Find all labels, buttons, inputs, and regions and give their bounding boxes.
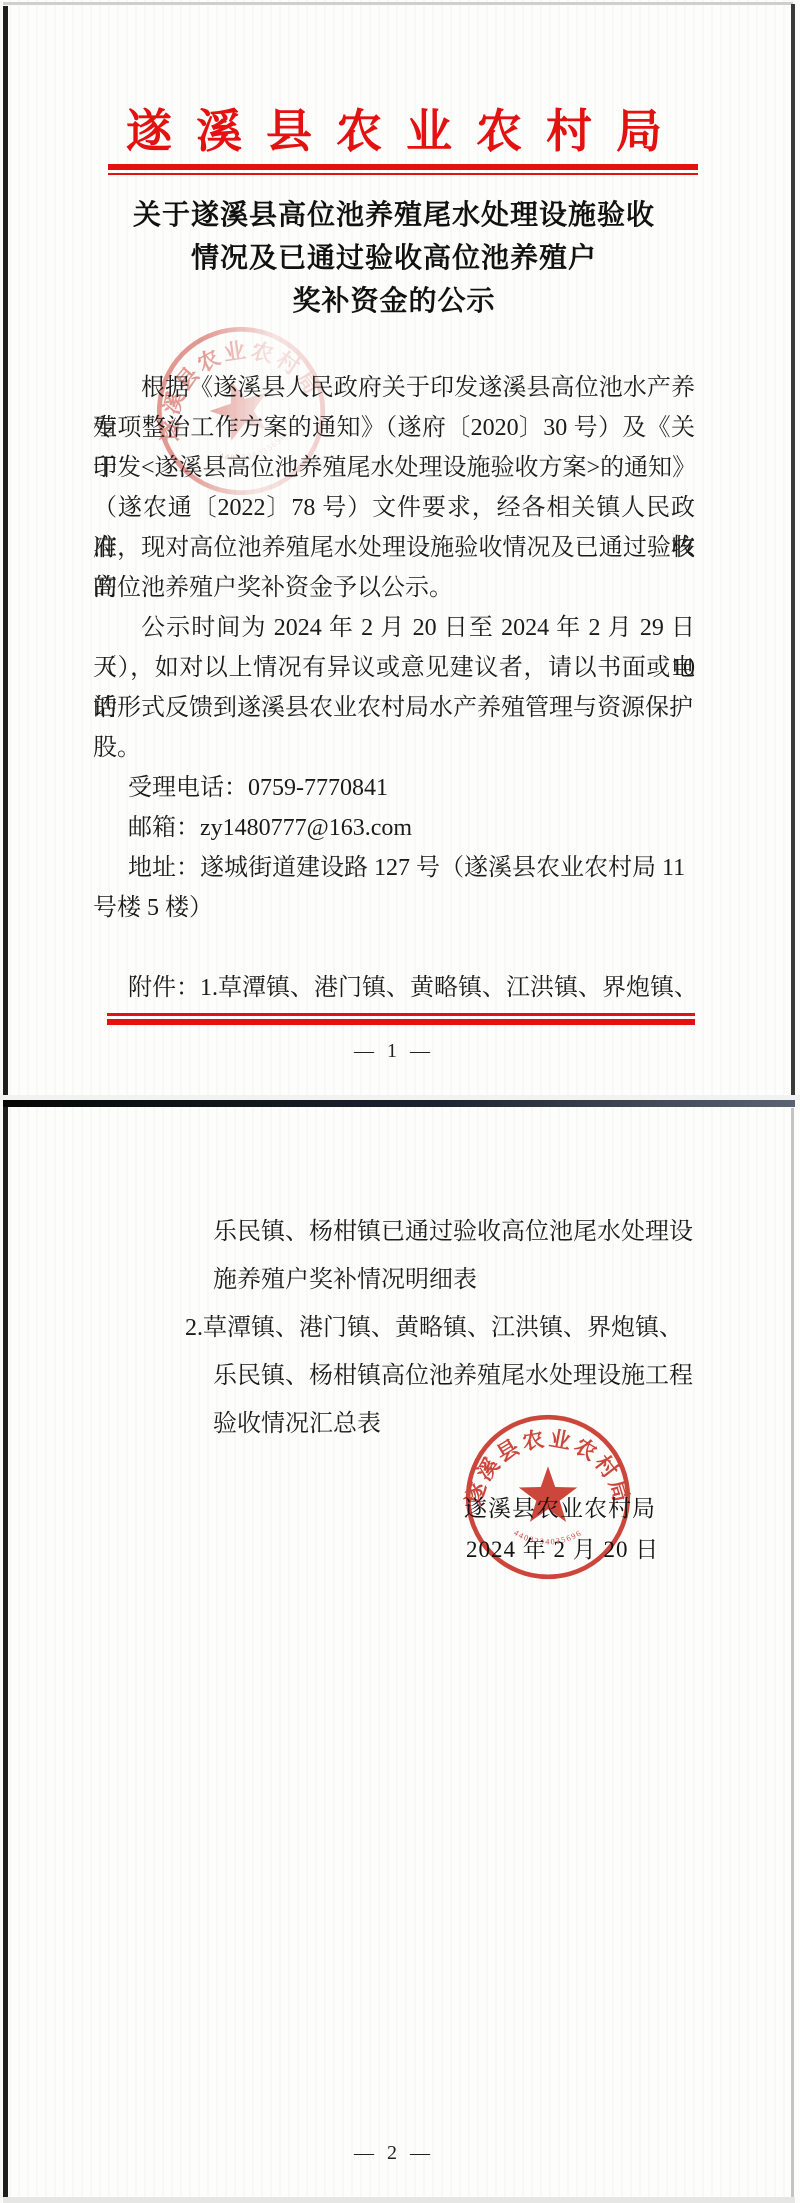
footer-separator-thick [107,1019,695,1025]
attachment-item-2-line: 2.草潭镇、港门镇、黄略镇、江洪镇、界炮镇、 [185,1308,683,1348]
page2-top-edge [3,1100,795,1107]
document-title-line-1: 关于遂溪县高位池养殖尾水处理设施验收 [93,197,695,235]
document-title-line-3: 奖补资金的公示 [93,283,695,321]
scan-bottom-edge [3,2197,795,2203]
page2-right-edge [791,1108,794,2203]
agency-letterhead: 遂溪县农业农村局 [93,102,695,162]
page-number-1: — 1 — [93,1040,695,1063]
contact-address-line-2: 号楼 5 楼） [93,888,695,928]
letterhead-separator-thin [108,173,698,175]
attachment-continuation-line: 施养殖户奖补情况明细表 [213,1260,477,1300]
signature-date: 2024 年 2 月 20 日 [466,1531,659,1564]
letterhead-separator-thick [108,164,698,170]
signature-organization: 遂溪县农业农村局 [464,1490,656,1523]
footer-separator-thin [107,1013,695,1016]
body-line: 股。 [93,728,695,768]
attachment-item-2-line: 乐民镇、杨柑镇高位池养殖尾水处理设施工程 [213,1356,693,1396]
body-line: 高位池养殖户奖补资金予以公示。 [93,568,695,608]
document-title-line-2: 情况及已通过验收高位池养殖户 [93,240,695,278]
attachment-continuation-line: 乐民镇、杨柑镇已通过验收高位池尾水处理设 [213,1212,693,1252]
contact-phone-line: 受理电话：0759-7770841 [93,768,695,808]
scan-top-edge [3,2,793,5]
body-line: 的形式反馈到遂溪县农业农村局水产养殖管理与资源保护 [93,688,695,728]
body-line: 印发<遂溪县高位池养殖尾水处理设施验收方案>的通知》 [93,448,695,488]
scanned-document: 遂溪县农业农村局 关于遂溪县高位池养殖尾水处理设施验收 情况及已通过验收高位池养… [0,0,800,2203]
page-number-2: — 2 — [93,2142,695,2165]
attachment-item-2-line: 验收情况汇总表 [213,1404,381,1444]
page1-right-edge [791,4,795,1098]
contact-email-line: 邮箱：zy1480777@163.com [93,808,695,848]
contact-address-line: 地址：遂城街道建设路 127 号（遂溪县农业农村局 11 [93,848,695,888]
attachment-line: 附件：1.草潭镇、港门镇、黄略镇、江洪镇、界炮镇、 [93,968,695,1008]
